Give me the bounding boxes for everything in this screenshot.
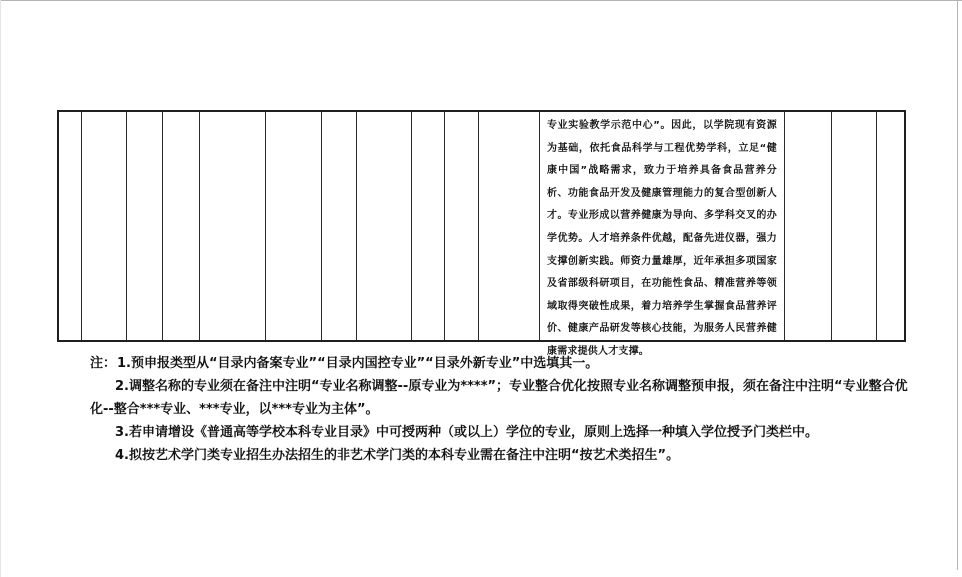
page-edge-top bbox=[0, 0, 962, 1]
notes-label: 注： bbox=[90, 356, 116, 371]
document-page: 专业实验教学示范中心”。因此，以学院现有资源为基础，依托食品科学与工程优势学科，… bbox=[0, 0, 962, 577]
table-cell-empty bbox=[322, 112, 357, 340]
page-edge-right bbox=[957, 0, 958, 570]
table-cell-empty bbox=[357, 112, 412, 340]
table-cell-empty bbox=[127, 112, 163, 340]
major-intro-cell: 专业实验教学示范中心”。因此，以学院现有资源为基础，依托食品科学与工程优势学科，… bbox=[540, 112, 785, 340]
table-cell-empty bbox=[479, 112, 540, 340]
table-cell-empty bbox=[200, 112, 266, 340]
table-cell-empty bbox=[877, 112, 904, 340]
note-item-4: 4.拟按艺术学门类专业招生办法招生的非艺术学门类的本科专业需在备注中注明“按艺术… bbox=[90, 444, 914, 467]
note-item-3: 3.若申请增设《普通高等学校本科专业目录》中可授两种（或以上）学位的专业，原则上… bbox=[90, 421, 914, 444]
table-cell-empty bbox=[412, 112, 445, 340]
table-cell-empty bbox=[785, 112, 832, 340]
table-cell-empty bbox=[163, 112, 200, 340]
note-item-1: 注：1.预申报类型从“目录内备案专业”“目录内国控专业”“目录外新专业”中选填其… bbox=[90, 352, 914, 375]
note-item-2: 2.调整名称的专业须在备注中注明“专业名称调整--原专业为****”；专业整合优… bbox=[90, 375, 914, 421]
notes-section: 注：1.预申报类型从“目录内备案专业”“目录内国控专业”“目录外新专业”中选填其… bbox=[90, 352, 914, 467]
page-edge-left bbox=[0, 0, 1, 577]
table-cell-empty bbox=[445, 112, 479, 340]
table-cell-empty bbox=[82, 112, 127, 340]
table-cell-empty bbox=[266, 112, 322, 340]
major-intro-text: 专业实验教学示范中心”。因此，以学院现有资源为基础，依托食品科学与工程优势学科，… bbox=[547, 115, 777, 364]
table-cell-empty bbox=[832, 112, 877, 340]
major-preapplication-table: 专业实验教学示范中心”。因此，以学院现有资源为基础，依托食品科学与工程优势学科，… bbox=[57, 110, 906, 342]
note-item-1-text: 1.预申报类型从“目录内备案专业”“目录内国控专业”“目录外新专业”中选填其一。 bbox=[117, 356, 598, 371]
table-cell-empty bbox=[59, 112, 82, 340]
